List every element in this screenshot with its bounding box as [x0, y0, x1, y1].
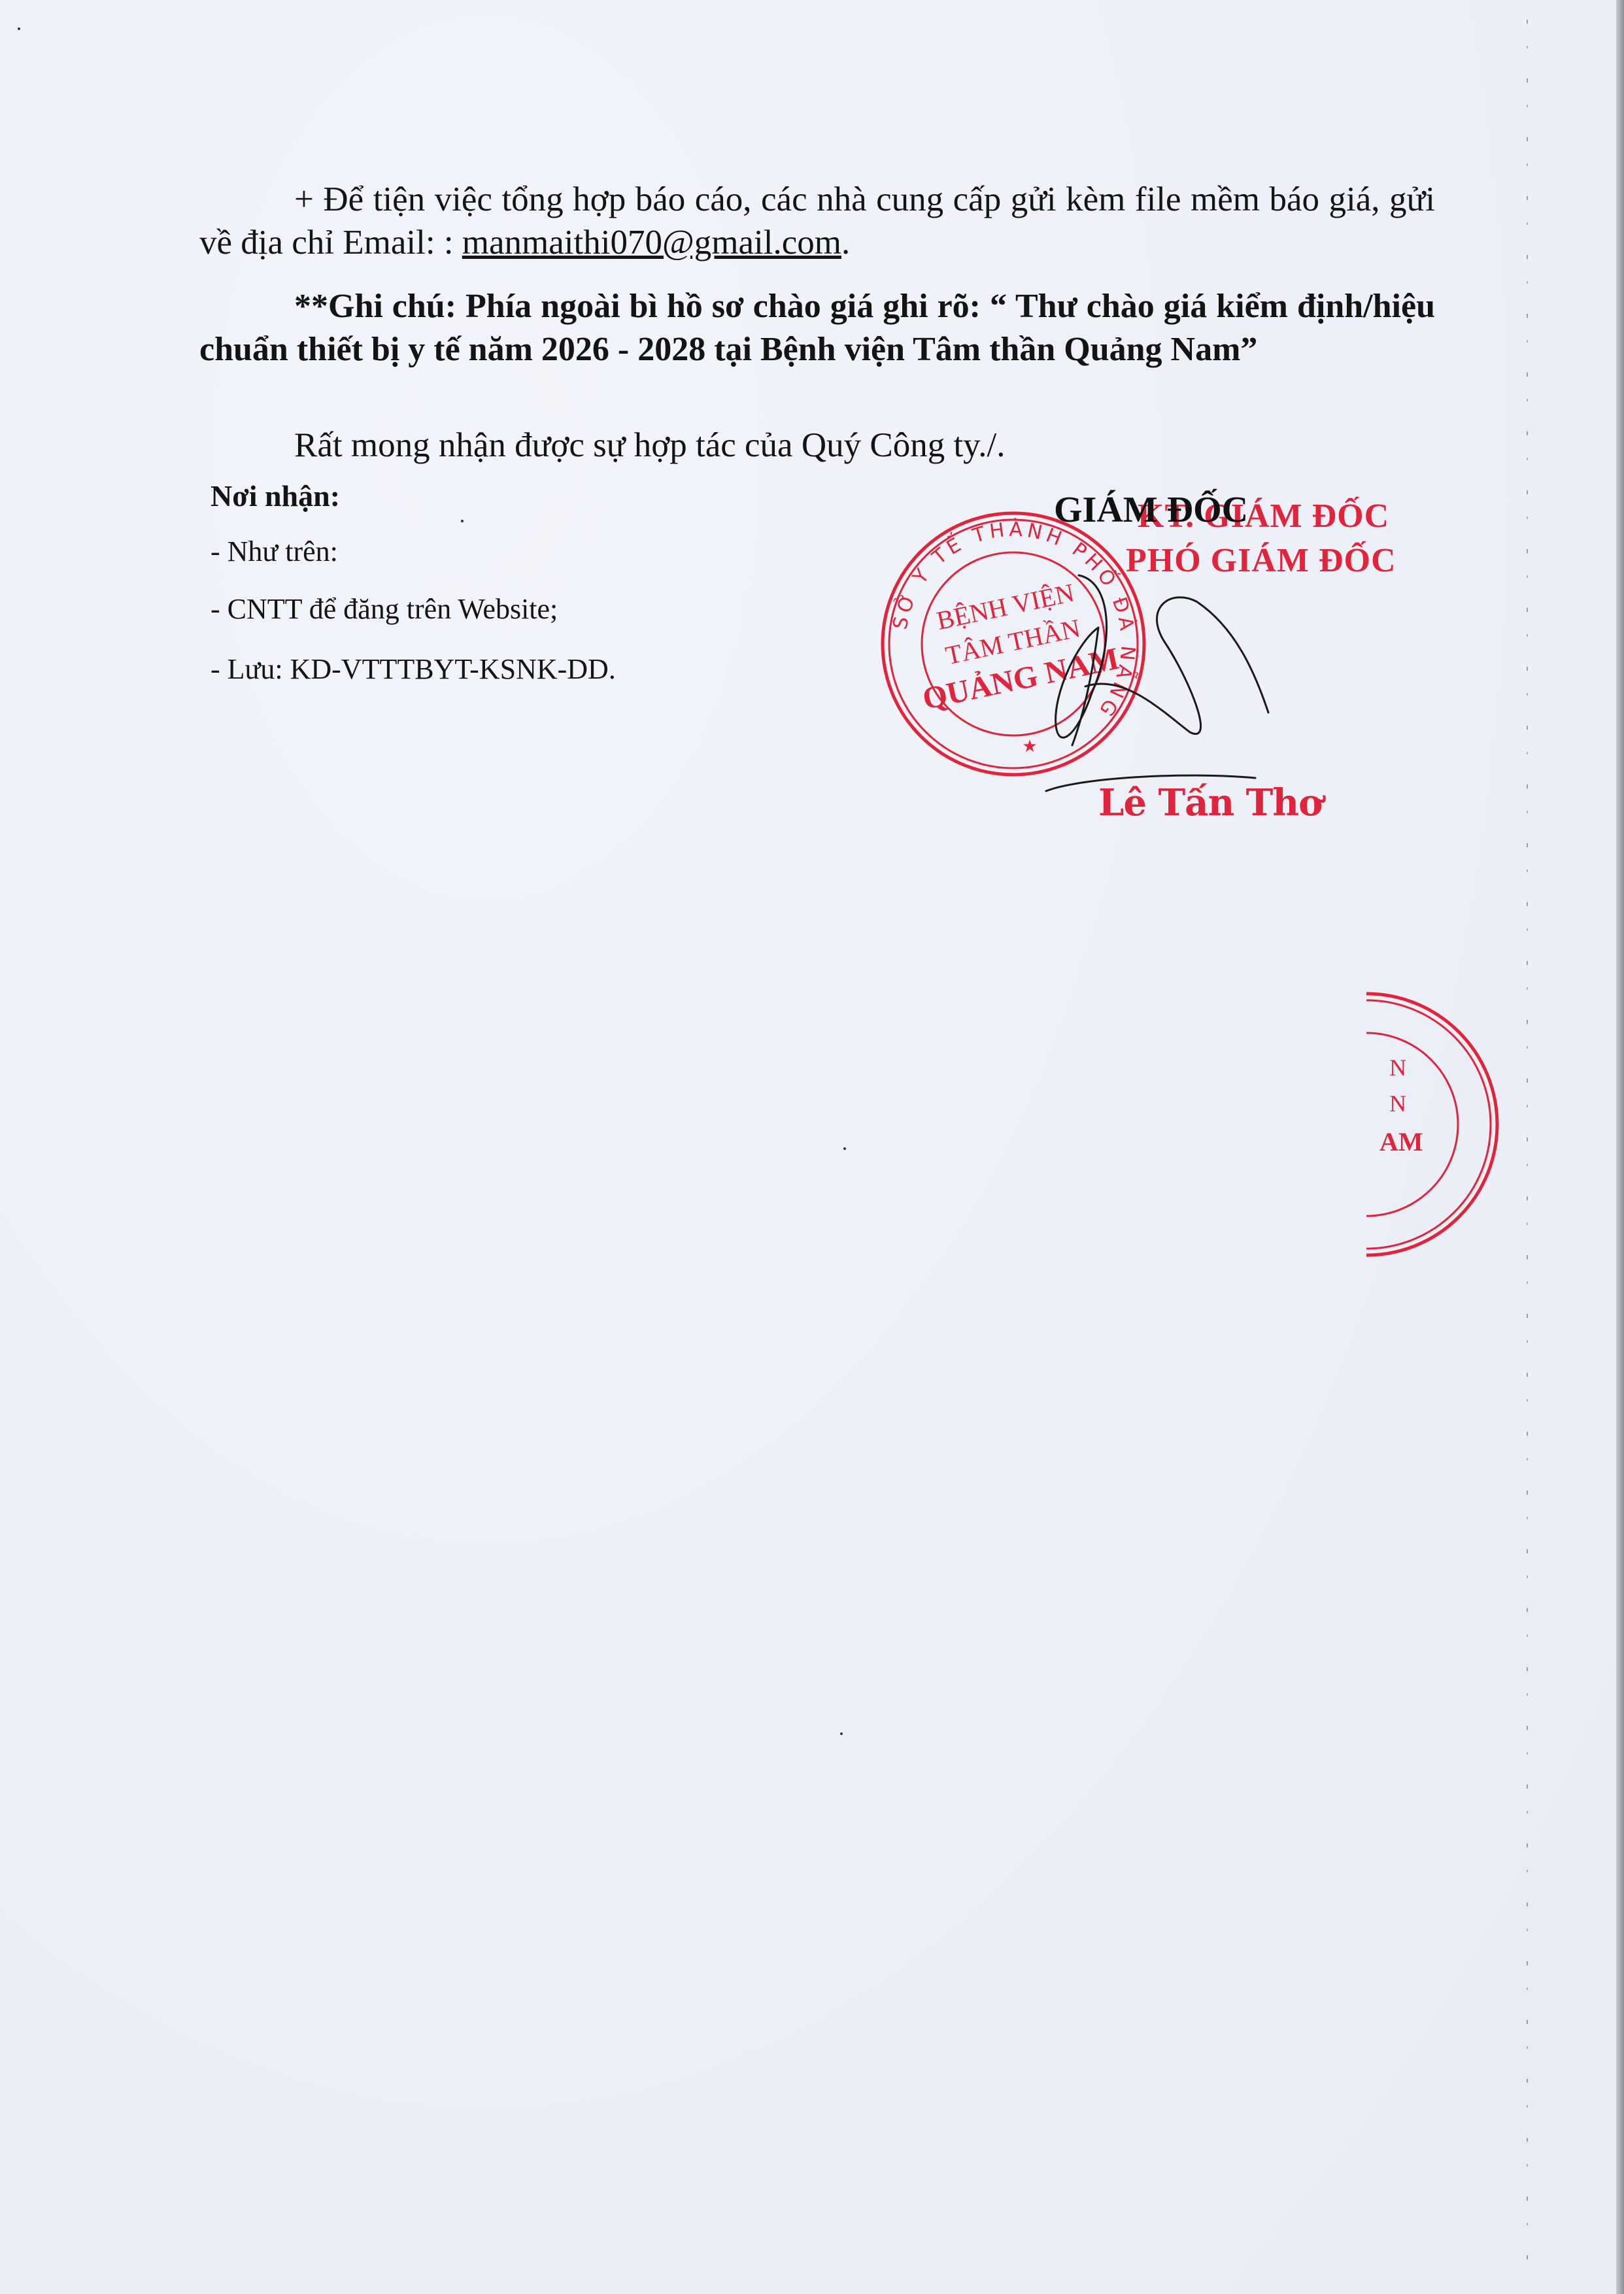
svg-text:N: N: [1389, 1090, 1406, 1117]
recipient-item: - CNTT để đăng trên Website;: [211, 592, 558, 626]
recipient-item: - Lưu: KD-VTTTBYT-KSNK-DD.: [211, 652, 616, 686]
email-link[interactable]: manmaithi070@gmail.com: [462, 224, 841, 261]
attachment-note-suffix: .: [841, 224, 850, 261]
handwritten-signature: [1020, 562, 1314, 798]
svg-text:N: N: [1389, 1054, 1406, 1081]
director-title: GIÁM ĐỐC: [1054, 489, 1248, 531]
closing-line: Rất mong nhận được sự hợp tác của Quý Cô…: [199, 424, 1435, 467]
scan-speck: [18, 27, 20, 30]
recipient-item: - Như trên:: [211, 535, 338, 568]
scan-speck: [843, 1147, 846, 1150]
svg-text:AM: AM: [1379, 1127, 1423, 1156]
attachment-note: + Để tiện việc tổng hợp báo cáo, các nhà…: [199, 178, 1435, 264]
recipients-title: Nơi nhận:: [211, 479, 340, 513]
scan-speck: [840, 1732, 843, 1735]
envelope-note: **Ghi chú: Phía ngoài bì hồ sơ chào giá …: [199, 285, 1435, 371]
partial-seal-icon: N N AM: [1232, 990, 1500, 1258]
page-edge-shadow: [1616, 0, 1624, 2294]
scan-speck: [461, 520, 464, 522]
scan-artifact-line: [1527, 20, 1528, 2269]
